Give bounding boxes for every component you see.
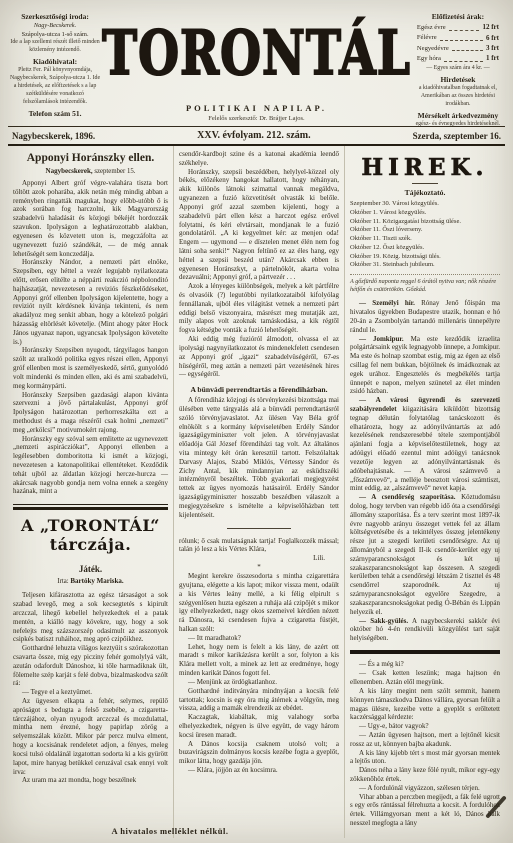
feuilleton-paragraph: Az ügyesen elkapta a fehér, selymes, rep… — [13, 697, 168, 776]
bath-note: A gőzfürdő naponta reggel 6 órától nyitv… — [350, 274, 500, 294]
rate-label: Egy hóra — [417, 55, 441, 64]
news-item-lead: — Személyi hír. — [359, 299, 415, 307]
feuilleton-byline-label: Irta: — [57, 578, 70, 585]
feuilleton-paragraph: — Klára, jöjjön az én kocsimra. — [179, 766, 339, 775]
editorial-office-note: Ide a lap szellemi részét illető minden … — [8, 39, 102, 55]
rate-value: 12 frt — [482, 23, 499, 32]
article-paragraph: Horánszky Szepsiben gazdasági alapon kiv… — [13, 391, 168, 435]
news-section-title: HIREK. — [350, 154, 500, 181]
feuilleton-divider — [13, 504, 168, 510]
subscription-rates: Egész évre 12 frt Félévre 6 frt Negyedév… — [411, 23, 505, 64]
schedule-item: Október 1. Városi közgyülés. — [350, 209, 500, 218]
rate-label: Félévre — [417, 34, 437, 43]
feuilleton-body: Teljesen kifárasztotta az egész társaság… — [13, 591, 168, 785]
feuilleton-header: A „TORONTÁL“ tárczája. — [13, 516, 168, 554]
feuilleton-paragraph: — Tegye el a keztyümet. — [13, 688, 168, 697]
subscription-box: Előfizetési árak: Egész évre 12 frt Félé… — [411, 10, 505, 126]
schedule-list: Szeptember 30. Városi közgyülés.Október … — [350, 200, 500, 270]
feuilleton-paragraph: Teljesen kifárasztotta az egész társaság… — [13, 591, 168, 644]
article-paragraph: Horánszky Szepsiben nyugodt, tárgyilagos… — [13, 346, 168, 390]
news-item-text: Köztudomásu dolog, hogy tervben van rége… — [350, 493, 500, 616]
feuilleton-author: Bartóky Mariska. — [70, 577, 123, 585]
discount-note: egész- és évnegyedes hirdetéseknél. — [411, 121, 505, 129]
subscription-rate-row: Egész évre 12 frt — [417, 23, 499, 32]
feuilleton-paragraph: Gotthardné inditványára mindnyájan a koc… — [179, 687, 339, 713]
subscription-rate-row: Negyedévre 3 frt — [417, 44, 499, 53]
ads-heading: Hirdetések — [411, 75, 505, 85]
news-title-rule — [412, 183, 438, 184]
article-continuation-body: Horánszky, szepsii beszédében, helylyel-… — [179, 168, 339, 380]
feuilleton-continuation: Megint kerekre összesodorta s mintha czi… — [179, 572, 339, 775]
rate-value: 1 frt — [486, 54, 499, 63]
rate-leader — [440, 40, 483, 41]
feuilleton-paragraph: Lehet, hogy nem is felelt a kis lány, de… — [179, 643, 339, 678]
publisher-note: Pleitz Fer. Pál könyvnyomdája, Nagybecsk… — [8, 67, 102, 107]
subscription-rate-row: Félévre 6 frt — [417, 34, 499, 43]
rate-label: Negyedévre — [417, 45, 449, 54]
article-paragraph: Horánszky Nándor, a nemzeti párt elnöke,… — [13, 258, 168, 346]
feuilleton-byline: Irta: Bartóky Mariska. — [13, 577, 168, 585]
discount-heading: Mérsékelt árkedvezmény — [411, 111, 505, 121]
feuilleton-paragraph: Az uram ma azt mondta, hogy beszélnek — [13, 776, 168, 785]
article-continuation-lead: csendőr-kardbojt szine és a katonai akad… — [179, 150, 339, 168]
volume-issue: XXV. évfolyam. 212. szám. — [197, 130, 310, 141]
rate-value: 3 frt — [486, 44, 499, 53]
newspaper-subtitle: POLITIKAI NAPILAP. — [102, 103, 411, 113]
schedule-heading: Tájékoztató. — [350, 188, 500, 197]
rate-leader — [449, 30, 480, 31]
news-item-text: kiigazitására kiküldött bizottság tegnap… — [350, 405, 500, 492]
publication-date: Szerda, szeptember 16. — [413, 131, 501, 141]
news-item-lead: — Sakk-gyülés. — [359, 617, 408, 625]
section-star: * — [179, 563, 339, 571]
schedule-item: Október 11. Tiszti szék. — [350, 235, 500, 244]
feuilleton-continuation-right: — És a még ki?— Csak ketten leszünk; mag… — [350, 660, 500, 827]
feuilleton-paragraph: Kaczagtak, kiabáltak, mig valahogy sorba… — [179, 713, 339, 739]
article-paragraph: Azok a lényeges különbségek, melyek a ké… — [179, 282, 339, 335]
column-middle: csendőr-kardbojt szine és a katonai akad… — [174, 146, 345, 838]
publisher-heading: Kiadóhivatal: — [8, 57, 102, 67]
news-item-lead: — Jomkipur. — [359, 335, 404, 343]
footer-note: A hivatalos melléklet nélkül. — [112, 826, 229, 836]
article-headline: Apponyi Horánszky ellen. — [13, 152, 168, 164]
feuilleton-paragraph: — Ugy-e, bátor vagyok? — [350, 722, 500, 731]
feuilleton-paragraph: Megint kerekre összesodorta s mintha czi… — [179, 572, 339, 634]
feuilleton-paragraph: Vihar abban a perczben megijedt, a fák f… — [350, 793, 500, 828]
masthead: Szerkesztőségi iroda: Nagy-Becskerek. Sz… — [0, 0, 513, 126]
column-left: Apponyi Horánszky ellen. Nagybecskerek, … — [8, 146, 174, 838]
feuilleton-paragraph: — Itt maradhatok? — [179, 634, 339, 643]
article-paragraph: Horánszky egy szóval sem emlitette az ug… — [13, 435, 168, 497]
feuilleton-paragraph: A kis lány megint nem szólt semmit, hane… — [350, 687, 500, 722]
feuilleton-title: Játék. — [13, 564, 168, 574]
article-dateline-city: Nagybecskerek, — [46, 167, 93, 175]
rate-value: 6 frt — [486, 34, 499, 43]
article-end-rule — [227, 528, 291, 529]
feuilleton-paragraph: — És a még ki? — [350, 660, 500, 669]
date-row: Nagybecskerek, 1896. XXV. évfolyam. 212.… — [8, 126, 505, 146]
subhead-body: A főrendiház közjogi és törvénykezési bi… — [179, 396, 339, 519]
schedule-item: Október 31. Steinbach jubileum. — [350, 261, 500, 270]
single-copy-price: — Egyes szám ára 4 kr. — — [411, 65, 505, 73]
article-dateline: Nagybecskerek, szeptember 15. — [13, 167, 168, 175]
feuilleton-paragraph: Gotthardné lehuzta világos keztyüit s sz… — [13, 644, 168, 688]
column-right: HIREK. Tájékoztató. Szeptember 30. Város… — [345, 146, 505, 838]
subscription-rate-row: Egy hóra 1 frt — [417, 54, 499, 63]
feuilleton-paragraph: — Csak ketten leszünk; maga hajtson én e… — [350, 669, 500, 687]
publication-place: Nagybecskerek, 1896. — [12, 131, 95, 141]
section-subhead: A bünvádi perrendtartás a főrendiházban. — [179, 385, 339, 394]
article-dateline-date: szeptember 15. — [93, 168, 136, 175]
feuilleton-letter: rólunk; ő csak mulatságnak tartja! Fogla… — [179, 537, 339, 555]
rate-leader — [452, 50, 483, 51]
news-item-text: Ma este kezdődik izraelita polgártársain… — [350, 335, 500, 396]
ads-note: a kiadóhivatalban fogadtatnak el, Amerik… — [411, 85, 505, 109]
editorial-office-city: Nagy-Becskerek. — [8, 22, 102, 31]
phone-number: Telefon szám 51. — [8, 109, 102, 119]
schedule-item: Október 11. Őszi lóverseny. — [350, 226, 500, 235]
body-columns: Apponyi Horánszky ellen. Nagybecskerek, … — [8, 146, 505, 838]
editorial-office-box: Szerkesztőségi iroda: Nagy-Becskerek. Sz… — [8, 10, 102, 126]
subscription-heading: Előfizetési árak: — [411, 12, 505, 22]
feuilleton-paragraph: A Dános kocsija csaknem utolsó volt; a b… — [179, 740, 339, 766]
feuilleton-paragraph: — A fordulónál vigyázzon, szélesen térje… — [350, 784, 500, 793]
masthead-center: TORONTÁL POLITIKAI NAPILAP. Felelős szer… — [102, 10, 411, 126]
editorial-office-heading: Szerkesztőségi iroda: — [8, 12, 102, 22]
feuilleton-letter-signature: Lili. — [179, 554, 339, 562]
schedule-item: Október 12. Őszi közgyülés. — [350, 244, 500, 253]
editor-line: Felelős szerkesztő: Dr. Brájjer Lajos. — [102, 115, 411, 122]
schedule-item: Szeptember 30. Városi közgyülés. — [350, 200, 500, 209]
feuilleton-thick-rule — [350, 650, 500, 655]
article-body: Apponyi Albert gróf végre-valahára tiszt… — [13, 179, 168, 496]
article-paragraph: Aki eddig még fuzióról álmodott, olvassa… — [179, 335, 339, 379]
newspaper-title: TORONTÁL — [102, 18, 411, 90]
rate-leader — [444, 61, 483, 62]
article-paragraph: Horánszky, szepsii beszédében, helylyel-… — [179, 168, 339, 283]
feuilleton-paragraph: A kis lány kijebb tért s most már gyorsa… — [350, 749, 500, 767]
feuilleton-paragraph: Dános néha a lány keze fölé nyult, mikor… — [350, 766, 500, 784]
news-item-lead: — A csendőrség szaporítása. — [359, 493, 455, 501]
newspaper-page: Szerkesztőségi iroda: Nagy-Becskerek. Sz… — [0, 0, 513, 843]
feuilleton-paragraph: — Aztán ügyesen hajtson, mert a lejtőnél… — [350, 731, 500, 749]
schedule-item: Október 11. Közigazgatási bizottság ülés… — [350, 218, 500, 227]
schedule-item: Október 19. Közig. bizottsági ülés. — [350, 253, 500, 262]
editorial-office-street: Szápolya-utcza 1-ső szám. — [8, 31, 102, 40]
rate-label: Egész évre — [417, 24, 446, 33]
news-items: — Személyi hír. Rónay Jenő főispán ma hi… — [350, 299, 500, 643]
feuilleton-paragraph: — Menjünk az ördögkatlanhoz. — [179, 678, 339, 687]
article-paragraph: Apponyi Albert gróf végre-valahára tiszt… — [13, 179, 168, 258]
